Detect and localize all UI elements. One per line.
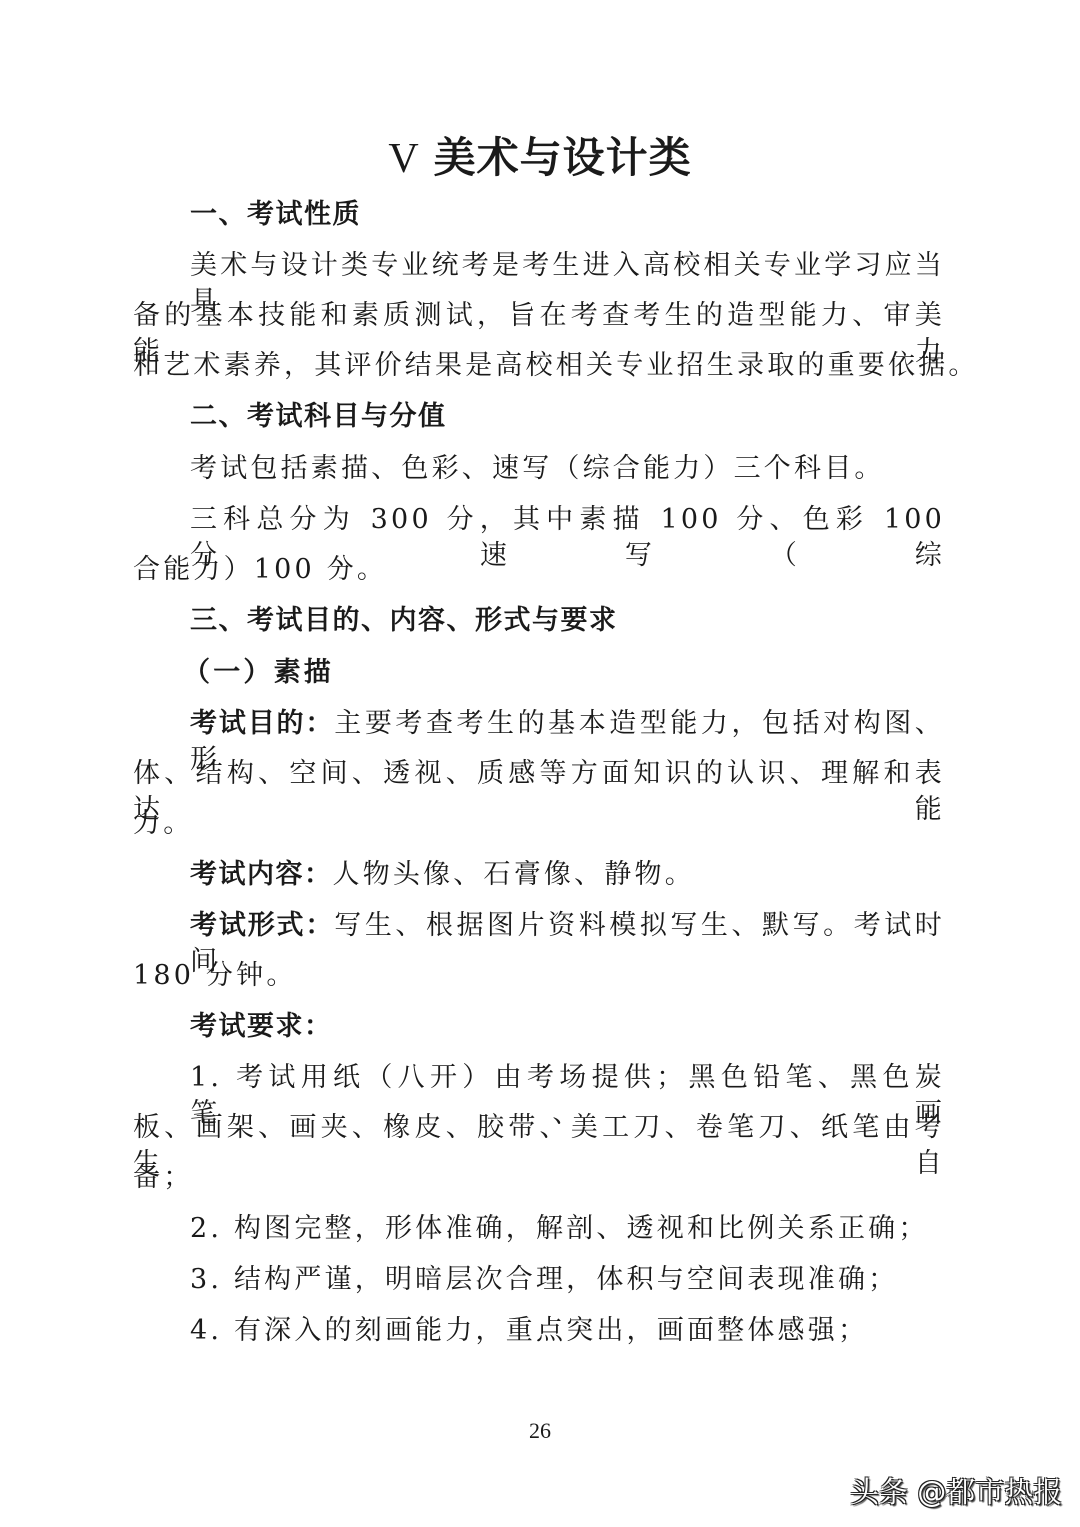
purpose-line-3: 力。 bbox=[133, 806, 945, 842]
requirement-1-line-3: 备； bbox=[133, 1160, 945, 1196]
requirement-2: 2. 构图完整，形体准确，解剖、透视和比例关系正确； bbox=[190, 1211, 945, 1247]
content-line: 考试内容：人物头像、石膏像、静物。 bbox=[190, 857, 945, 893]
requirements-label: 考试要求： bbox=[190, 1009, 945, 1045]
section-2-paragraph-1: 考试包括素描、色彩、速写（综合能力）三个科目。 bbox=[190, 451, 945, 487]
requirement-3: 3. 结构严谨，明暗层次合理，体积与空间表现准确； bbox=[190, 1262, 945, 1298]
content-text: 人物头像、石膏像、静物。 bbox=[333, 859, 695, 890]
watermark: 头条 @都市热报 bbox=[850, 1470, 1062, 1511]
document-page: V美术与设计类 一、考试性质 美术与设计类专业统考是考生进入高校相关专业学习应当… bbox=[0, 0, 1080, 1527]
requirement-4: 4. 有深入的刻画能力，重点突出，画面整体感强； bbox=[190, 1313, 945, 1349]
section-1-heading: 一、考试性质 bbox=[190, 197, 945, 233]
section-2-paragraph-2-line-2: 合能力）100 分。 bbox=[133, 552, 945, 588]
page-title: V美术与设计类 bbox=[0, 128, 1080, 189]
section-1-paragraph-line-3: 和艺术素养，其评价结果是高校相关专业招生录取的重要依据。 bbox=[133, 348, 945, 384]
form-label: 考试形式： bbox=[190, 910, 334, 941]
subsection-sketch-heading: （一）素描 bbox=[183, 655, 995, 691]
form-line-2: 180 分钟。 bbox=[133, 958, 945, 994]
purpose-label: 考试目的： bbox=[190, 708, 334, 739]
section-3-heading: 三、考试目的、内容、形式与要求 bbox=[190, 603, 945, 639]
section-2-heading: 二、考试科目与分值 bbox=[190, 399, 945, 435]
title-roman-numeral: V bbox=[388, 136, 419, 182]
page-number: 26 bbox=[0, 1418, 1080, 1444]
title-text: 美术与设计类 bbox=[434, 133, 692, 182]
content-label: 考试内容： bbox=[190, 859, 333, 890]
